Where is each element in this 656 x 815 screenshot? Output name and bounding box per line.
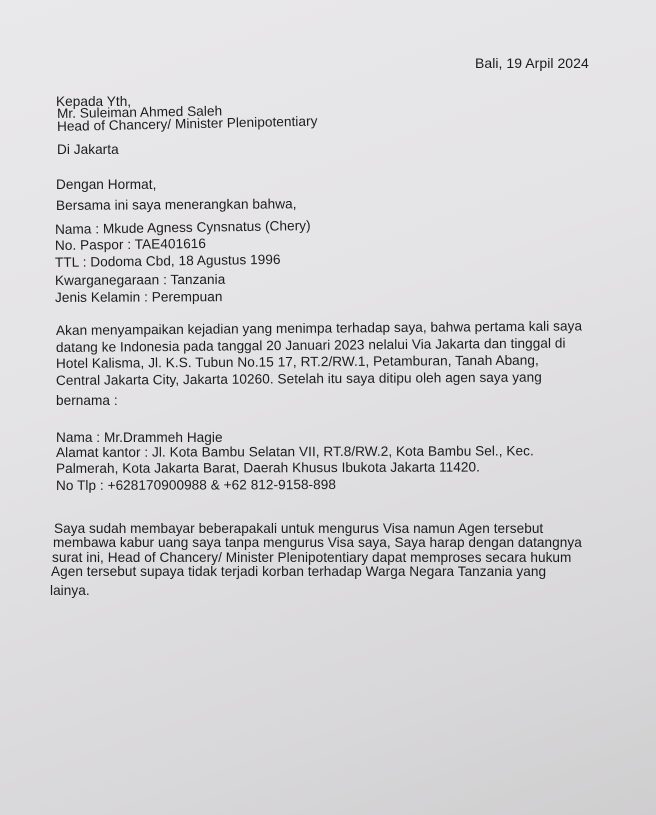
paragraph2-line2: membawa kabur uang saya tanpa mengurus V… xyxy=(53,535,582,551)
intro-text: Bersama ini saya menerangkan bahwa, xyxy=(56,196,297,214)
paragraph2-line4: Agen tersebut supaya tidak terjadi korba… xyxy=(51,564,546,580)
letter-page: Bali, 19 Arpil 2024 Kepada Yth, Mr. Sule… xyxy=(0,0,656,815)
agent-address-line2: Palmerah, Kota Jakarta Barat, Daerah Khu… xyxy=(56,460,480,477)
agent-phone: No Tlp : +628170900988 & +62 812-9158-89… xyxy=(56,477,336,494)
paragraph2-line5: lainya. xyxy=(50,583,90,599)
recipient-location: Di Jakarta xyxy=(57,142,119,158)
applicant-name: Nama : Mkude Agness Cynsnatus (Chery) xyxy=(55,218,311,238)
applicant-gender: Jenis Kelamin : Perempuan xyxy=(55,289,223,306)
letter-date: Bali, 19 Arpil 2024 xyxy=(475,55,589,71)
applicant-nationality: Kwarganegaraan : Tanzania xyxy=(55,272,225,289)
paragraph1-line3: Hotel Kalisma, Jl. K.S. Tubun No.15 17, … xyxy=(56,353,539,372)
applicant-passport: No. Paspor : TAE401616 xyxy=(55,236,206,254)
applicant-birth: TTL : Dodoma Cbd, 18 Agustus 1996 xyxy=(55,252,281,271)
paragraph1-line5: bernama : xyxy=(56,393,118,409)
agent-address-line1: Alamat kantor : Jl. Kota Bambu Selatan V… xyxy=(56,443,534,461)
greeting: Dengan Hormat, xyxy=(56,177,156,193)
paragraph1-line4: Central Jakarta City, Jakarta 10260. Set… xyxy=(56,370,542,389)
